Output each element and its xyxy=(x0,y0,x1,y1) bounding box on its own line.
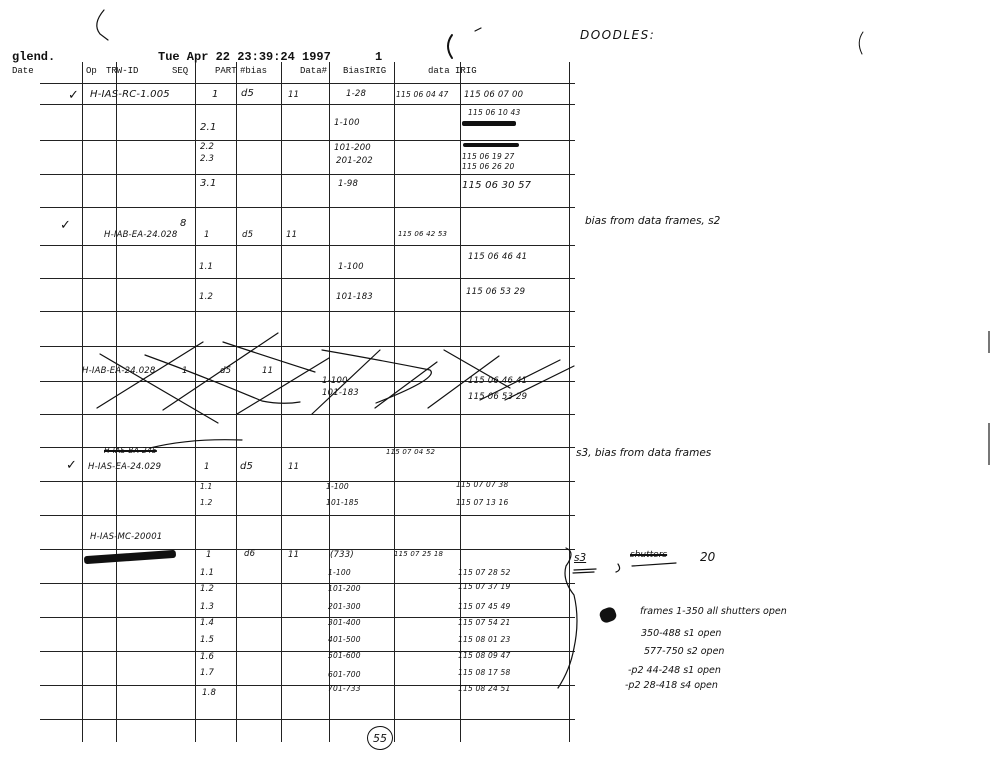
bias-irig: 115 07 04 52 xyxy=(386,448,435,456)
crossed-out-data-no: 1-100 xyxy=(322,376,348,386)
row-divider xyxy=(40,104,575,105)
seq: 1 xyxy=(204,230,210,240)
data-no: 101-185 xyxy=(326,498,359,507)
data-irig: 115 07 37 19 xyxy=(458,582,511,591)
row-divider xyxy=(40,245,575,246)
col-bias: #bias xyxy=(240,66,267,76)
data-irig: 115 07 07 38 xyxy=(456,480,509,489)
page-number: 1 xyxy=(375,50,382,64)
col-date: Date xyxy=(12,66,34,76)
struck-trw-id: H-IAS-BA-245 xyxy=(104,446,157,455)
data-irig: 115 07 45 49 xyxy=(458,602,511,611)
frames-note-line: -p2 44-248 s1 open xyxy=(628,665,721,676)
check-mark: ✓ xyxy=(66,458,77,473)
part: d6 xyxy=(244,549,255,559)
frames-note-line: 350-488 s1 open xyxy=(641,628,721,639)
note-bias-s2: bias from data frames, s2 xyxy=(585,215,720,227)
scribbled-trw-id xyxy=(84,550,176,564)
seq: 2.2 xyxy=(200,142,214,152)
data-no: 101-200 xyxy=(328,584,361,593)
print-timestamp: Tue Apr 22 23:39:24 1997 xyxy=(158,50,331,64)
tick-mark xyxy=(475,28,481,31)
data-no: 501-600 xyxy=(328,651,361,660)
trw-id: H-IAS-EA-24.029 xyxy=(88,462,161,472)
col-bias-irig: BiasIRIG xyxy=(343,66,386,76)
bias-count: 11 xyxy=(288,550,299,560)
part: d5 xyxy=(242,230,253,240)
col-op: Op xyxy=(86,66,97,76)
host-label: glend. xyxy=(12,50,55,64)
data-irig: 115 06 53 29 xyxy=(466,287,525,297)
col-seq: SEQ xyxy=(172,66,188,76)
seq: 2.1 xyxy=(200,122,217,133)
data-no: 1-100 xyxy=(334,118,360,128)
data-irig: 115 08 24 51 xyxy=(458,684,511,693)
seq: 1.7 xyxy=(200,668,214,678)
seq: 1.8 xyxy=(202,688,216,698)
frames-note-line: 577-750 s2 open xyxy=(644,646,724,657)
trw-id: H-IAB-EA-24.028 xyxy=(104,230,178,240)
crossed-out-data-no: 101-183 xyxy=(322,388,359,398)
data-no: 201-202 xyxy=(336,156,373,166)
data-irig: 115 06 26 20 xyxy=(462,162,515,171)
data-no: 1-98 xyxy=(338,179,358,189)
crossed-out-data-irig: 115 06 53 29 xyxy=(468,392,527,402)
seq: 1 xyxy=(206,550,212,560)
data-irig: 115 08 01 23 xyxy=(458,635,511,644)
scribble-mark xyxy=(462,121,516,126)
col-trw-id: TRW-ID xyxy=(106,66,138,76)
column-divider xyxy=(569,62,570,742)
bias-count: 11 xyxy=(286,230,297,240)
bias-irig: 115 06 04 47 xyxy=(396,90,449,99)
curly-bracket xyxy=(558,548,577,688)
crossed-out-bias: 11 xyxy=(262,366,273,376)
crossed-out-data-irig: 115 06 46 41 xyxy=(468,376,527,386)
col-data-irig: data IRIG xyxy=(428,66,477,76)
row-divider xyxy=(40,311,575,312)
seq: 1.3 xyxy=(200,602,214,612)
row-divider xyxy=(40,515,575,516)
check-mark: ✓ xyxy=(60,218,71,233)
data-no: 301-400 xyxy=(328,618,361,627)
trw-id-note: 8 xyxy=(180,218,187,229)
seq: 1.6 xyxy=(200,652,214,662)
seq: 1.4 xyxy=(200,618,214,628)
column-divider xyxy=(116,62,117,742)
seq: 1 xyxy=(204,462,210,472)
data-irig: 115 07 28 52 xyxy=(458,568,511,577)
row-divider xyxy=(40,414,575,415)
data-no: (733) xyxy=(330,550,354,560)
crossed-out-trw-id: H-IAB-EA-24.028 xyxy=(82,366,156,376)
data-no: 101-200 xyxy=(334,143,371,153)
note-s3-label: s3 xyxy=(574,552,586,564)
data-no: 1-28 xyxy=(346,89,366,99)
data-irig: 115 08 09 47 xyxy=(458,651,511,660)
trw-id: H-IAS-RC-1.005 xyxy=(90,89,170,100)
part: d5 xyxy=(241,88,254,99)
data-irig: 115 06 30 57 xyxy=(462,180,531,191)
seq: 1.1 xyxy=(199,262,213,272)
notes-title: DOODLES: xyxy=(580,28,655,42)
trw-id: H-IAS-MC-20001 xyxy=(90,532,162,542)
seq: 1 xyxy=(212,89,219,100)
data-no: 1-100 xyxy=(328,568,351,577)
data-irig: 115 06 46 41 xyxy=(468,252,527,262)
data-no: 701-733 xyxy=(328,684,361,693)
data-irig: 115 06 10 43 xyxy=(468,108,521,117)
col-part: PART xyxy=(215,66,237,76)
row-divider xyxy=(40,83,575,84)
crossed-out-part: d5 xyxy=(220,366,231,376)
row-divider xyxy=(40,719,575,720)
bias-irig: 115 07 25 18 xyxy=(394,550,443,558)
column-divider xyxy=(195,62,196,742)
data-no: 601-700 xyxy=(328,670,361,679)
note-bias-s3: s3, bias from data frames xyxy=(576,447,711,459)
frames-note-line: frames 1-350 all shutters open xyxy=(640,606,787,617)
column-divider xyxy=(281,62,282,742)
check-mark: ✓ xyxy=(68,88,79,103)
col-data-no: Data# xyxy=(300,66,327,76)
part: d5 xyxy=(240,461,253,472)
data-irig: 115 07 54 21 xyxy=(458,618,511,627)
bias-count: 11 xyxy=(288,90,299,100)
data-irig: 115 06 19 27 xyxy=(462,152,515,161)
data-no: 201-300 xyxy=(328,602,361,611)
scribble-mark xyxy=(463,143,519,147)
paren-mark xyxy=(448,35,452,58)
data-irig: 115 06 07 00 xyxy=(464,90,523,100)
seq: 2.3 xyxy=(200,154,214,164)
data-no: 101-183 xyxy=(336,292,373,302)
seq: 1.1 xyxy=(200,568,214,578)
page-stamp-circled: 55 xyxy=(367,726,393,750)
note-value: 20 xyxy=(700,550,715,564)
data-irig: 115 07 13 16 xyxy=(456,498,509,507)
column-divider xyxy=(236,62,237,742)
data-irig: 115 08 17 58 xyxy=(458,668,511,677)
seq: 1.2 xyxy=(200,584,214,594)
data-no: 1-100 xyxy=(326,482,349,491)
seq: 1.2 xyxy=(199,292,213,302)
row-divider xyxy=(40,174,575,175)
page-stamp-number: 55 xyxy=(373,732,387,745)
paren-mark xyxy=(97,10,108,40)
column-divider xyxy=(82,62,83,742)
data-no: 401-500 xyxy=(328,635,361,644)
paren-mark xyxy=(859,32,863,54)
note-struck-word: shutters xyxy=(630,550,667,560)
seq: 1.2 xyxy=(200,498,213,507)
bias-irig: 115 06 42 53 xyxy=(398,230,447,238)
data-no: 1-100 xyxy=(338,262,364,272)
crossed-out-seq: 1 xyxy=(182,366,188,376)
seq: 1.1 xyxy=(200,482,213,491)
scribble-mark xyxy=(598,606,618,625)
column-divider xyxy=(394,62,395,742)
seq: 3.1 xyxy=(200,178,217,189)
row-divider xyxy=(40,278,575,279)
row-divider xyxy=(40,140,575,141)
row-divider xyxy=(40,207,575,208)
frames-note-line: -p2 28-418 s4 open xyxy=(625,680,718,691)
row-divider xyxy=(40,549,575,550)
row-divider xyxy=(40,346,575,347)
bias-count: 11 xyxy=(288,462,299,472)
seq: 1.5 xyxy=(200,635,214,645)
